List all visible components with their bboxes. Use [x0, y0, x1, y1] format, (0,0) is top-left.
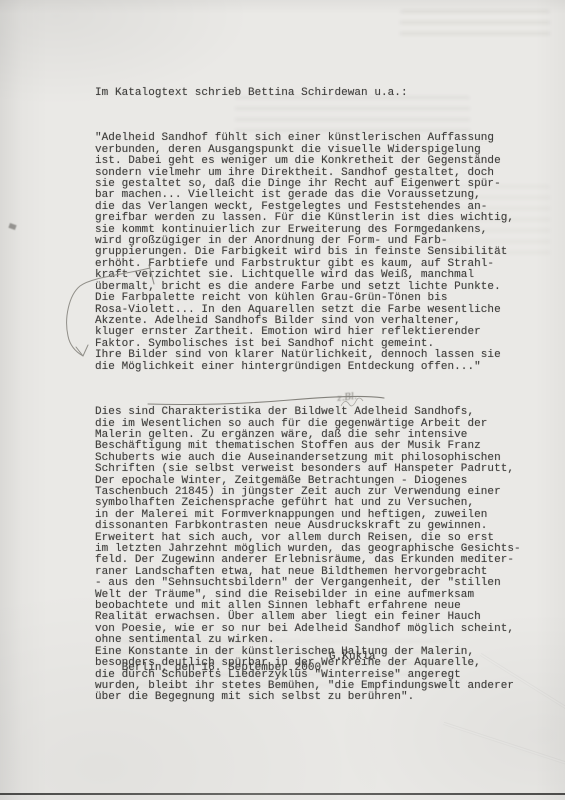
intro-line: Im Katalogtext schrieb Bettina Schirdewa…: [95, 88, 521, 99]
scan-edge-line: [0, 793, 565, 795]
date-line: Berlin, den 16. September 2000: [122, 662, 322, 674]
closing-line: Berlin, den 16. September 2000 G.Kukla: [95, 652, 321, 698]
scanned-typewritten-page: Im Katalogtext schrieb Bettina Schirdewa…: [0, 0, 565, 800]
quote-paragraph: "Adelheid Sandhof fühlt sich einer künst…: [95, 133, 521, 373]
paper-crease: [443, 722, 565, 771]
bleed-through-artifact: [400, 10, 550, 40]
pencil-arrowhead: [76, 345, 88, 356]
document-text: Im Katalogtext schrieb Bettina Schirdewa…: [95, 65, 521, 727]
scan-speck: [8, 223, 16, 230]
signature: G.Kukla: [329, 652, 376, 663]
